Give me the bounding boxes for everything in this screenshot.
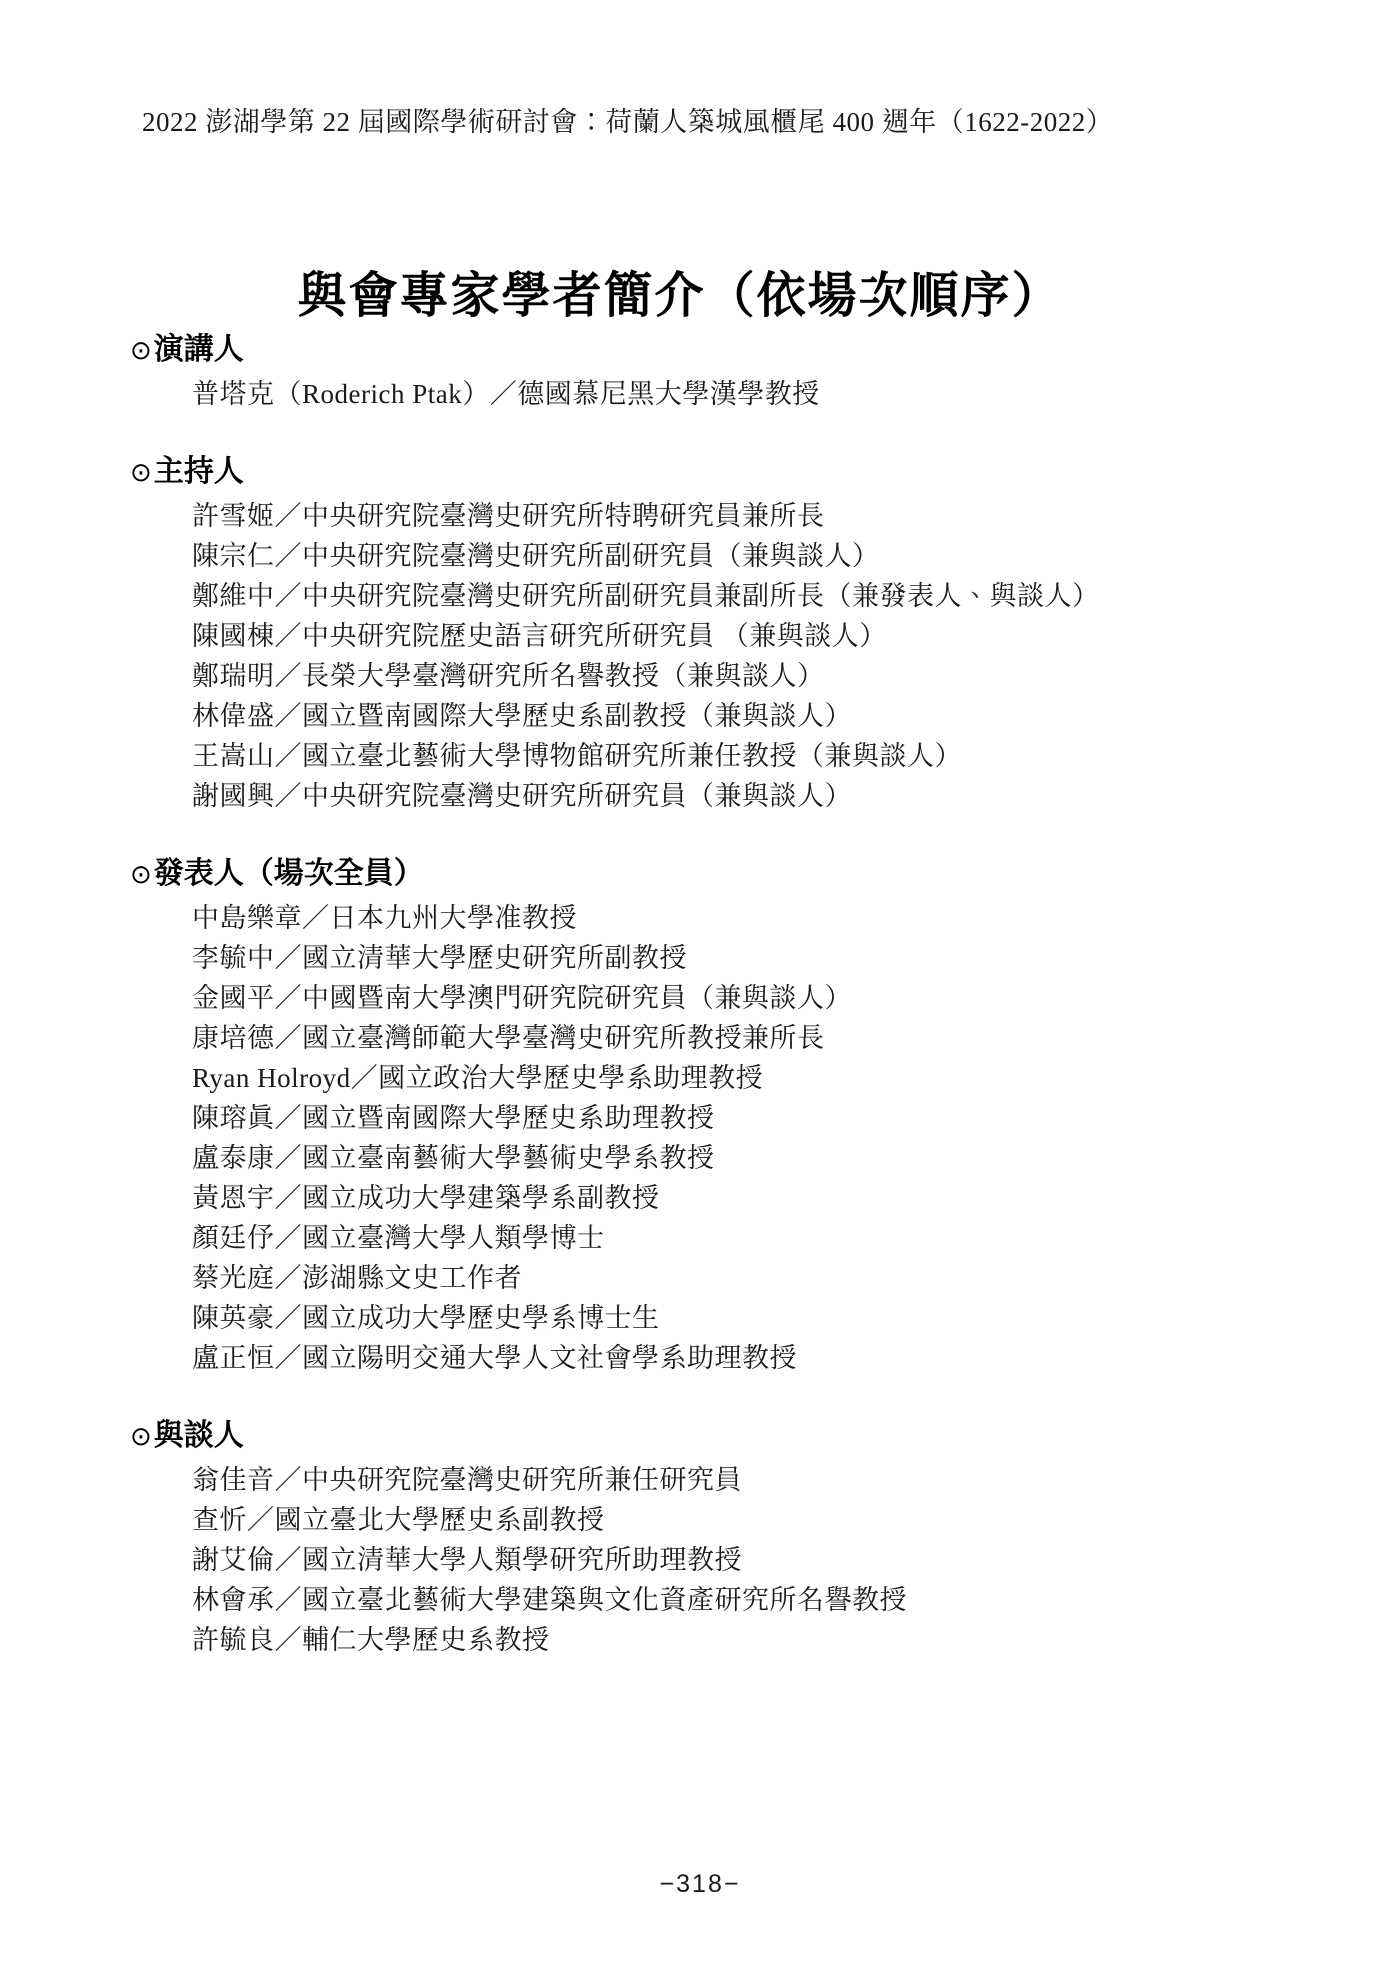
list-item: 李毓中／國立清華大學歷史研究所副教授	[192, 938, 1250, 978]
list-item: 謝艾倫／國立清華大學人類學研究所助理教授	[192, 1540, 1250, 1580]
circled-dot-icon: ⊙	[130, 450, 152, 494]
list-item: 盧泰康／國立臺南藝術大學藝術史學系教授	[192, 1138, 1250, 1178]
circled-dot-icon: ⊙	[130, 328, 152, 372]
circled-dot-icon: ⊙	[130, 1414, 152, 1458]
list-item: 顏廷伃／國立臺灣大學人類學博士	[192, 1218, 1250, 1258]
section-heading-discussants: ⊙與談人	[130, 1414, 1250, 1458]
conference-header: 2022 澎湖學第 22 屆國際學術研討會：荷蘭人築城風櫃尾 400 週年（16…	[142, 100, 1113, 139]
section-heading-label: 發表人（場次全員）	[154, 852, 424, 896]
list-item: 中島樂章／日本九州大學准教授	[192, 898, 1250, 938]
section-heading-chairs: ⊙主持人	[130, 450, 1250, 494]
list-item: 陳瑢眞／國立暨南國際大學歷史系助理教授	[192, 1098, 1250, 1138]
section-heading-speaker: ⊙演講人	[130, 328, 1250, 372]
section-chairs: ⊙主持人 許雪姬／中央研究院臺灣史研究所特聘研究員兼所長 陳宗仁／中央研究院臺灣…	[130, 450, 1250, 816]
list-item: 林會承／國立臺北藝術大學建築與文化資產研究所名譽教授	[192, 1580, 1250, 1620]
list-item: 盧正恒／國立陽明交通大學人文社會學系助理教授	[192, 1338, 1250, 1378]
list-item: 普塔克（Roderich Ptak）／德國慕尼黑大學漢學教授	[192, 374, 1250, 414]
participant-sections: ⊙演講人 普塔克（Roderich Ptak）／德國慕尼黑大學漢學教授 ⊙主持人…	[130, 328, 1250, 1660]
list-item: 王嵩山／國立臺北藝術大學博物館研究所兼任教授（兼與談人）	[192, 736, 1250, 776]
section-heading-label: 與談人	[154, 1414, 244, 1458]
list-item: 陳宗仁／中央研究院臺灣史研究所副研究員（兼與談人）	[192, 536, 1250, 576]
list-item: 陳國棟／中央研究院歷史語言研究所研究員 （兼與談人）	[192, 616, 1250, 656]
list-item: 陳英豪／國立成功大學歷史學系博士生	[192, 1298, 1250, 1338]
discussant-list: 翁佳音／中央研究院臺灣史研究所兼任研究員 查忻／國立臺北大學歷史系副教授 謝艾倫…	[130, 1460, 1250, 1660]
list-item: 翁佳音／中央研究院臺灣史研究所兼任研究員	[192, 1460, 1250, 1500]
page-number: −318−	[0, 1870, 1400, 1899]
document-page: 2022 澎湖學第 22 屆國際學術研討會：荷蘭人築城風櫃尾 400 週年（16…	[0, 0, 1400, 1980]
section-discussants: ⊙與談人 翁佳音／中央研究院臺灣史研究所兼任研究員 查忻／國立臺北大學歷史系副教…	[130, 1414, 1250, 1660]
section-heading-label: 主持人	[154, 450, 244, 494]
section-presenters: ⊙發表人（場次全員） 中島樂章／日本九州大學准教授 李毓中／國立清華大學歷史研究…	[130, 852, 1250, 1378]
chair-list: 許雪姬／中央研究院臺灣史研究所特聘研究員兼所長 陳宗仁／中央研究院臺灣史研究所副…	[130, 496, 1250, 816]
page-title: 與會專家學者簡介（依場次順序）	[0, 257, 1360, 327]
section-heading-presenters: ⊙發表人（場次全員）	[130, 852, 1250, 896]
list-item: 林偉盛／國立暨南國際大學歷史系副教授（兼與談人）	[192, 696, 1250, 736]
list-item: 查忻／國立臺北大學歷史系副教授	[192, 1500, 1250, 1540]
presenter-list: 中島樂章／日本九州大學准教授 李毓中／國立清華大學歷史研究所副教授 金國平／中國…	[130, 898, 1250, 1378]
circled-dot-icon: ⊙	[130, 852, 152, 896]
list-item: 黃恩宇／國立成功大學建築學系副教授	[192, 1178, 1250, 1218]
list-item: 鄭瑞明／長榮大學臺灣研究所名譽教授（兼與談人）	[192, 656, 1250, 696]
list-item: 許毓良／輔仁大學歷史系教授	[192, 1620, 1250, 1660]
section-heading-label: 演講人	[154, 328, 244, 372]
list-item: Ryan Holroyd／國立政治大學歷史學系助理教授	[192, 1058, 1250, 1098]
list-item: 康培德／國立臺灣師範大學臺灣史研究所教授兼所長	[192, 1018, 1250, 1058]
list-item: 謝國興／中央研究院臺灣史研究所研究員（兼與談人）	[192, 776, 1250, 816]
list-item: 許雪姬／中央研究院臺灣史研究所特聘研究員兼所長	[192, 496, 1250, 536]
list-item: 鄭維中／中央研究院臺灣史研究所副研究員兼副所長（兼發表人、與談人）	[192, 576, 1250, 616]
section-speaker: ⊙演講人 普塔克（Roderich Ptak）／德國慕尼黑大學漢學教授	[130, 328, 1250, 414]
list-item: 金國平／中國暨南大學澳門研究院研究員（兼與談人）	[192, 978, 1250, 1018]
list-item: 蔡光庭／澎湖縣文史工作者	[192, 1258, 1250, 1298]
speaker-list: 普塔克（Roderich Ptak）／德國慕尼黑大學漢學教授	[130, 374, 1250, 414]
